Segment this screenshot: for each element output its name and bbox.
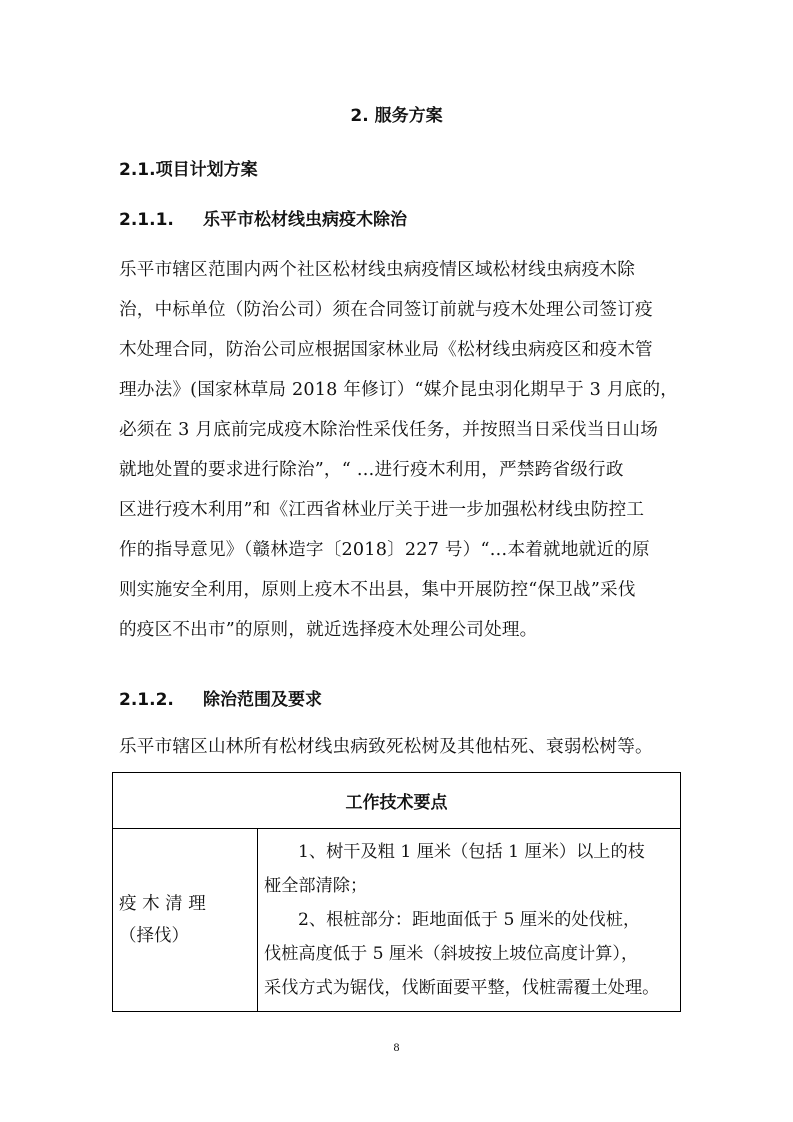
content-line: 2、根桩部分：距地面低于 5 厘米的处伐桩， [264, 903, 674, 937]
section-heading-2-1-1: 2.1.1.乐平市松材线虫病疫木除治 [119, 207, 407, 233]
content-line: 伐桩高度低于 5 厘米（斜坡按上坡位高度计算）， [264, 937, 674, 971]
section-number: 2.1.1. [119, 207, 203, 233]
row-label-cell: 疫 木 清 理 （择伐） [113, 829, 258, 1012]
chapter-heading: 2. 服务方案 [0, 103, 793, 129]
technical-requirements-table: 工作技术要点 疫 木 清 理 （择伐） 1、树干及粗 1 厘米（包括 1 厘米）… [112, 772, 681, 1012]
table-header-cell: 工作技术要点 [113, 773, 681, 829]
table-row: 疫 木 清 理 （择伐） 1、树干及粗 1 厘米（包括 1 厘米）以上的枝 桠全… [113, 829, 681, 1012]
paragraph-line: 区进行疫木利用”和《江西省林业厅关于进一步加强松材线虫防控工 [119, 490, 681, 530]
paragraph-line: 作的指导意见》（赣林造字〔2018〕227 号）“…本着就地就近的原 [119, 530, 681, 570]
paragraph-2-1-1: 乐平市辖区范围内两个社区松材线虫病疫情区域松材线虫病疫木除 治，中标单位（防治公… [119, 250, 681, 650]
section-heading-2-1-2: 2.1.2.除治范围及要求 [119, 687, 322, 713]
paragraph-line: 就地处置的要求进行除治”，“ …进行疫木利用，严禁跨省级行政 [119, 450, 681, 490]
section-number: 2.1.2. [119, 687, 203, 713]
paragraph-line: 乐平市辖区范围内两个社区松材线虫病疫情区域松材线虫病疫木除 [119, 250, 681, 290]
paragraph-line: 必须在 3 月底前完成疫木除治性采伐任务，并按照当日采伐当日山场 [119, 410, 681, 450]
row-label-line: 疫 木 清 理 [119, 888, 257, 920]
content-line: 采伐方式为锯伐，伐断面要平整，伐桩需覆土处理。 [264, 971, 674, 1005]
paragraph-line: 木处理合同，防治公司应根据国家林业局《松材线虫病疫区和疫木管 [119, 330, 681, 370]
content-line: 1、树干及粗 1 厘米（包括 1 厘米）以上的枝 [264, 835, 674, 869]
paragraph-line: 的疫区不出市”的原则，就近选择疫木处理公司处理。 [119, 610, 681, 650]
paragraph-line: 则实施安全利用，原则上疫木不出县，集中开展防控“保卫战”采伐 [119, 570, 681, 610]
paragraph-line: 理办法》(国家林草局 2018 年修订）“媒介昆虫羽化期早于 3 月底的， [119, 370, 681, 410]
section-title: 除治范围及要求 [203, 690, 322, 710]
page-number: 8 [0, 1040, 793, 1055]
row-content-cell: 1、树干及粗 1 厘米（包括 1 厘米）以上的枝 桠全部清除； 2、根桩部分：距… [258, 829, 681, 1012]
table-header-row: 工作技术要点 [113, 773, 681, 829]
row-label-line: （择伐） [119, 920, 257, 952]
section-title: 乐平市松材线虫病疫木除治 [203, 210, 407, 230]
paragraph-2-1-2: 乐平市辖区山林所有松材线虫病致死松树及其他枯死、衰弱松树等。 [119, 727, 681, 767]
paragraph-line: 乐平市辖区山林所有松材线虫病致死松树及其他枯死、衰弱松树等。 [119, 727, 681, 767]
content-line: 桠全部清除； [264, 869, 674, 903]
section-heading-2-1: 2.1.项目计划方案 [119, 157, 258, 183]
paragraph-line: 治，中标单位（防治公司）须在合同签订前就与疫木处理公司签订疫 [119, 290, 681, 330]
